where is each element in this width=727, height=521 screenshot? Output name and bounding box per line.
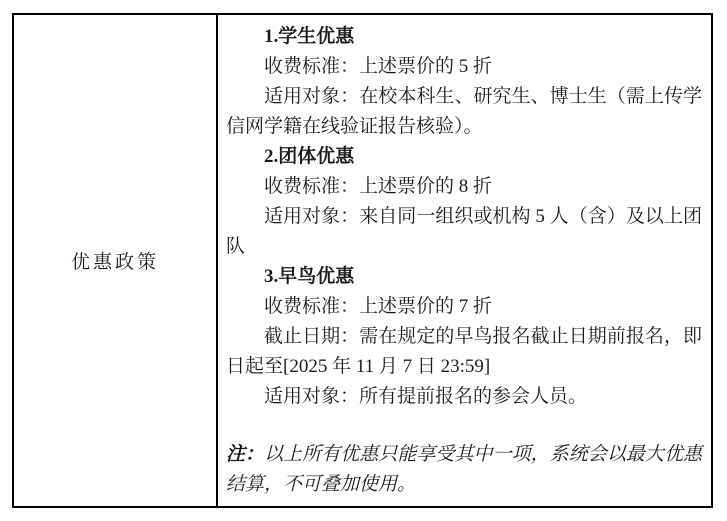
early-bird-eligibility: 适用对象：所有提前报名的参会人员。 (226, 382, 702, 412)
group-discount-eligibility: 适用对象：来自同一组织或机构 5 人（含）及以上团队 (226, 202, 702, 262)
table-row: 优惠政策 1.学生优惠 收费标准：上述票价的 5 折 适用对象：在校本科生、研究… (13, 14, 712, 507)
group-discount-rate: 收费标准：上述票价的 8 折 (226, 172, 702, 202)
student-discount-heading: 1.学生优惠 (226, 22, 702, 52)
document-page: 优惠政策 1.学生优惠 收费标准：上述票价的 5 折 适用对象：在校本科生、研究… (0, 0, 727, 521)
early-bird-discount-rate: 收费标准：上述票价的 7 折 (226, 292, 702, 322)
group-discount-heading: 2.团体优惠 (226, 142, 702, 172)
student-discount-eligibility: 适用对象：在校本科生、研究生、博士生（需上传学信网学籍在线验证报告核验）。 (226, 82, 702, 142)
note-text: 以上所有优惠只能享受其中一项，系统会以最大优惠结算，不可叠加使用。 (226, 444, 702, 495)
row-label-cell: 优惠政策 (13, 14, 217, 507)
policy-note: 注：以上所有优惠只能享受其中一项，系统会以最大优惠结算，不可叠加使用。 (226, 440, 702, 500)
row-label: 优惠政策 (71, 252, 159, 273)
early-bird-deadline: 截止日期：需在规定的早鸟报名截止日期前报名，即日起至[2025 年 11 月 7… (226, 322, 702, 382)
policy-content-cell: 1.学生优惠 收费标准：上述票价的 5 折 适用对象：在校本科生、研究生、博士生… (217, 14, 712, 507)
student-discount-rate: 收费标准：上述票价的 5 折 (226, 52, 702, 82)
discount-policy-table: 优惠政策 1.学生优惠 收费标准：上述票价的 5 折 适用对象：在校本科生、研究… (12, 13, 713, 508)
early-bird-discount-heading: 3.早鸟优惠 (226, 262, 702, 292)
note-label: 注： (226, 444, 264, 465)
